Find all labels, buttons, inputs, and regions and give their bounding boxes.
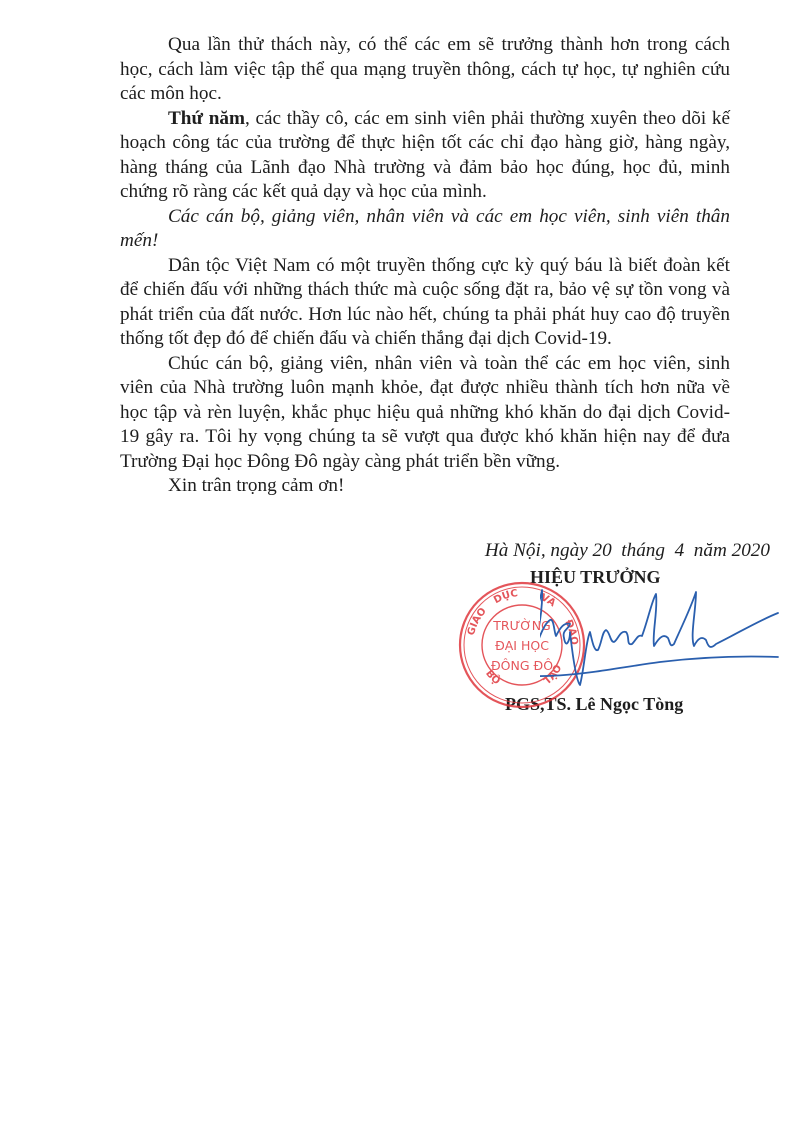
paragraph-tradition: Dân tộc Việt Nam có một truyền thống cực… [120,254,730,352]
paragraph-salutation: Các cán bộ, giảng viên, nhân viên và các… [120,205,730,254]
paragraph-text: Xin trân trọng cảm ơn! [168,475,344,496]
letter-page: Qua lần thử thách này, có thể các em sẽ … [0,0,800,1130]
paragraph-text: Dân tộc Việt Nam có một truyền thống cực… [120,255,730,350]
date-line: Hà Nội, ngày 20 tháng 4 năm 2020 [450,538,770,564]
paragraph-text: Chúc cán bộ, giảng viên, nhân viên và to… [120,353,730,472]
paragraph-growth: Qua lần thử thách này, có thể các em sẽ … [120,33,730,107]
paragraph-text: Các cán bộ, giảng viên, nhân viên và các… [120,206,730,252]
svg-text:DỤC: DỤC [492,588,519,606]
paragraph-lead: Thứ năm [168,108,245,129]
seal-text-duc: DỤC [492,588,519,606]
signature-icon [540,580,780,690]
paragraph-thanks: Xin trân trọng cảm ơn! [120,474,730,499]
paragraph-text: Qua lần thử thách này, có thể các em sẽ … [120,34,730,104]
letter-body: Qua lần thử thách này, có thể các em sẽ … [120,33,730,499]
paragraph-wishes: Chúc cán bộ, giảng viên, nhân viên và to… [120,352,730,475]
paragraph-fifth-point: Thứ năm, các thầy cô, các em sinh viên p… [120,107,730,205]
